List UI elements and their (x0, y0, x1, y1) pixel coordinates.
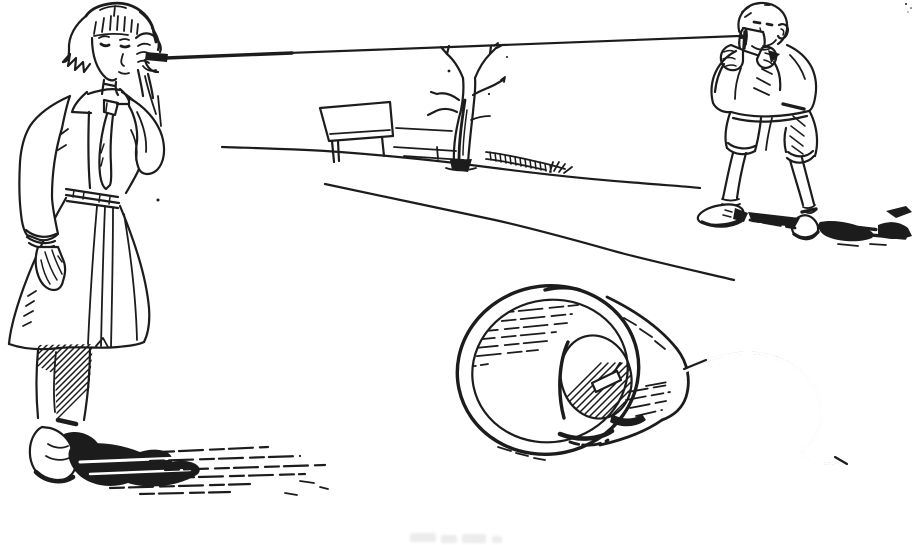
string-telephone-drawing (0, 0, 913, 545)
girl-hand-with-can (136, 33, 168, 98)
can-string (684, 353, 847, 464)
boy-shadow (748, 206, 912, 246)
ground-lines (222, 147, 734, 280)
telephone-string (166, 36, 739, 58)
girl-shadow (69, 443, 328, 495)
boy (698, 3, 818, 239)
caption-fragment (410, 533, 502, 543)
ink-dot (157, 199, 160, 202)
fence (486, 152, 572, 173)
big-can (442, 269, 847, 471)
girl-waistband (66, 189, 119, 208)
girl-tie (99, 100, 118, 189)
girl (9, 3, 168, 481)
corner-specks (905, 3, 912, 13)
background-scenery (222, 43, 734, 280)
girl-left-arm (19, 96, 70, 290)
illustration-canvas (0, 0, 913, 545)
